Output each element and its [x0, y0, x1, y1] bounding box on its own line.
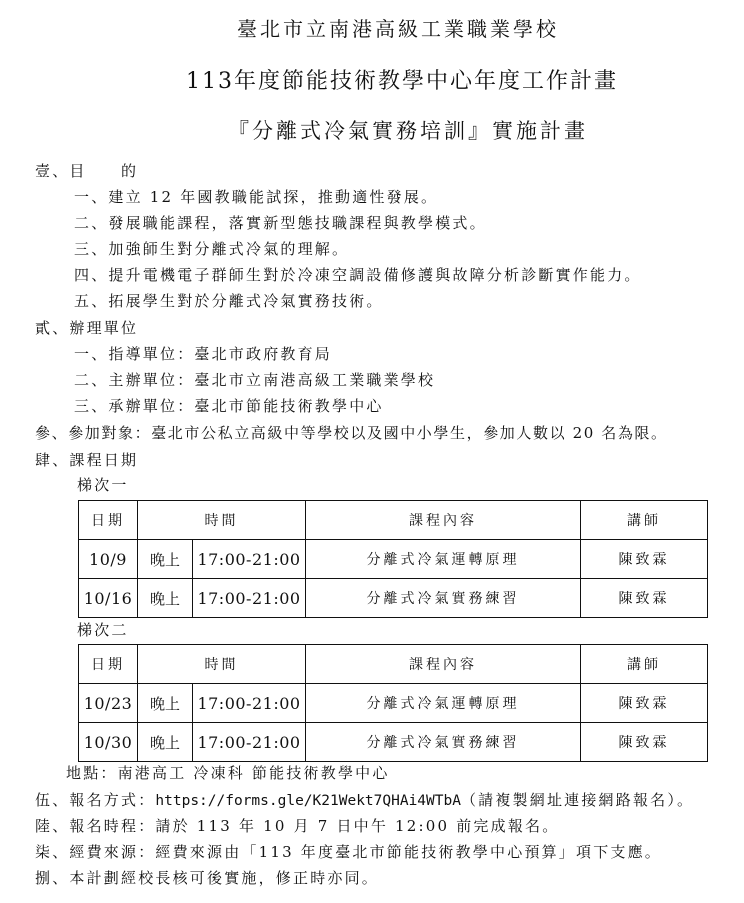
location: 地點：南港高工 冷凍科 節能技術教學中心	[66, 766, 390, 781]
col-date: 日期	[79, 501, 138, 540]
section-participants: 參、參加對象：臺北市公私立高級中等學校以及國中小學生，參加人數以 20 名為限。	[35, 426, 668, 441]
cell-period: 晚上	[138, 723, 193, 762]
cell-instructor: 陳致霖	[581, 684, 708, 723]
cell-date: 10/9	[79, 540, 138, 579]
col-instructor: 講師	[581, 501, 708, 540]
cell-content: 分離式冷氣運轉原理	[306, 540, 581, 579]
organizer-executor: 三、承辦單位：臺北市節能技術教學中心	[74, 399, 384, 414]
table-row: 10/23 晚上 17:00-21:00 分離式冷氣運轉原理 陳致霖	[79, 684, 708, 723]
col-instructor: 講師	[581, 645, 708, 684]
col-date: 日期	[79, 645, 138, 684]
cell-content: 分離式冷氣實務練習	[306, 723, 581, 762]
cell-time: 17:00-21:00	[193, 540, 306, 579]
table-header-row: 日期 時間 課程內容 講師	[79, 645, 708, 684]
cell-instructor: 陳致霖	[581, 540, 708, 579]
cell-date: 10/16	[79, 579, 138, 618]
organizer-guiding: 一、指導單位：臺北市政府教育局	[74, 347, 332, 362]
cell-period: 晚上	[138, 684, 193, 723]
session-1-table: 日期 時間 課程內容 講師 10/9 晚上 17:00-21:00 分離式冷氣運…	[78, 500, 708, 618]
purpose-item-5: 五、拓展學生對於分離式冷氣實務技術。	[74, 294, 384, 309]
section-registration-method: 伍、報名方式：https://forms.gle/K21Wekt7QHAi4WT…	[35, 793, 694, 809]
cell-content: 分離式冷氣運轉原理	[306, 684, 581, 723]
purpose-item-1: 一、建立 12 年國教職能試探，推動適性發展。	[74, 190, 438, 205]
purpose-item-4: 四、提升電機電子群師生對於冷凍空調設備修護與故障分析診斷實作能力。	[74, 268, 642, 283]
section-schedule-heading: 肆、課程日期	[35, 453, 138, 468]
section-approval: 捌、本計劃經校長核可後實施，修正時亦同。	[35, 871, 379, 886]
program-title: 『分離式冷氣實務培訓』實施計畫	[228, 121, 588, 142]
registration-method-label: 伍、報名方式：	[35, 791, 155, 809]
registration-url-link[interactable]: https://forms.gle/K21Wekt7QHAi4WTbA	[155, 793, 461, 809]
col-content: 課程內容	[306, 645, 581, 684]
cell-instructor: 陳致霖	[581, 579, 708, 618]
table-row: 10/16 晚上 17:00-21:00 分離式冷氣實務練習 陳致霖	[79, 579, 708, 618]
table-row: 10/30 晚上 17:00-21:00 分離式冷氣實務練習 陳致霖	[79, 723, 708, 762]
purpose-item-3: 三、加強師生對分離式冷氣的理解。	[74, 242, 349, 257]
cell-time: 17:00-21:00	[193, 723, 306, 762]
cell-period: 晚上	[138, 540, 193, 579]
session-2-table: 日期 時間 課程內容 講師 10/23 晚上 17:00-21:00 分離式冷氣…	[78, 644, 708, 762]
school-name: 臺北市立南港高級工業職業學校	[237, 19, 559, 39]
cell-date: 10/23	[79, 684, 138, 723]
cell-time: 17:00-21:00	[193, 684, 306, 723]
col-time: 時間	[138, 645, 306, 684]
cell-content: 分離式冷氣實務練習	[306, 579, 581, 618]
col-time: 時間	[138, 501, 306, 540]
purpose-item-2: 二、發展職能課程，落實新型態技職課程與教學模式。	[74, 216, 487, 231]
section-registration-period: 陸、報名時程：請於 113 年 10 月 7 日中午 12:00 前完成報名。	[35, 819, 559, 834]
section-funding: 柒、經費來源：經費來源由「113 年度臺北市節能技術教學中心預算」項下支應。	[35, 845, 662, 860]
section-purpose-heading: 壹、目 的	[35, 164, 138, 179]
session-2-label: 梯次二	[77, 623, 129, 638]
table-row: 10/9 晚上 17:00-21:00 分離式冷氣運轉原理 陳致霖	[79, 540, 708, 579]
cell-date: 10/30	[79, 723, 138, 762]
organizer-host: 二、主辦單位：臺北市立南港高級工業職業學校	[74, 373, 435, 388]
table-header-row: 日期 時間 課程內容 講師	[79, 501, 708, 540]
section-organizers-heading: 貳、辦理單位	[35, 321, 138, 336]
session-1-label: 梯次一	[77, 478, 129, 493]
col-content: 課程內容	[306, 501, 581, 540]
plan-title: 113年度節能技術教學中心年度工作計畫	[186, 71, 618, 93]
cell-time: 17:00-21:00	[193, 579, 306, 618]
cell-period: 晚上	[138, 579, 193, 618]
registration-method-note: （請複製網址連接網路報名）。	[461, 791, 694, 809]
cell-instructor: 陳致霖	[581, 723, 708, 762]
